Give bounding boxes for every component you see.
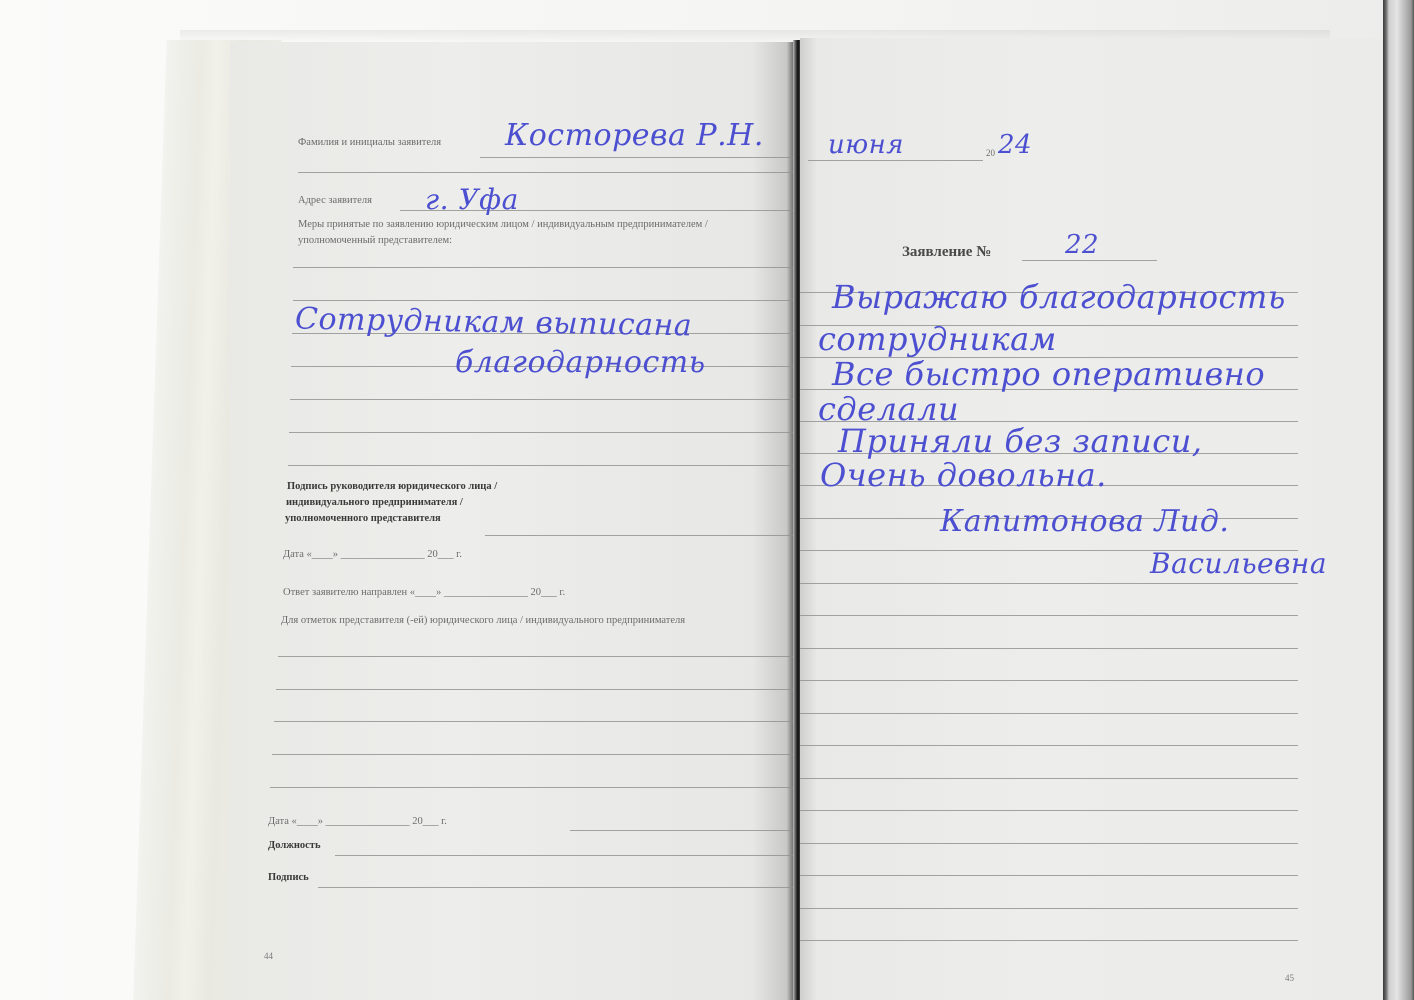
applicant-name-line: [480, 157, 798, 158]
scanner-edge: [1383, 0, 1414, 1000]
applicant-name-value: Косторева Р.Н.: [505, 118, 764, 153]
address-label: Адрес заявителя: [298, 195, 372, 206]
signature-label-1: Подпись руководителя юридического лица /: [287, 481, 497, 492]
ruled-line: [288, 465, 798, 466]
measures-value-1: Сотрудникам выписана: [295, 302, 693, 344]
signature-line: [485, 535, 798, 536]
page-number-left: 44: [264, 951, 273, 961]
applicant-name-label: Фамилия и инициалы заявителя: [298, 137, 441, 148]
ruled-line: [800, 875, 1298, 876]
date-month-line: [808, 160, 983, 161]
statement-label: Заявление №: [902, 244, 991, 261]
ruled-line: [800, 713, 1298, 714]
ruled-line: [800, 583, 1298, 584]
ruled-line: [800, 908, 1298, 909]
ruled-line: [276, 689, 798, 690]
ruled-line: [800, 810, 1298, 811]
notes-label: Для отметок представителя (-ей) юридичес…: [281, 615, 685, 626]
date2-extra-line: [570, 830, 798, 831]
date2-label: Дата «____» ________________ 20___ г.: [268, 816, 447, 827]
sign-line: [318, 887, 798, 888]
date-month-value: июня: [828, 130, 904, 160]
measures-label-1: Меры принятые по заявлению юридическим л…: [298, 219, 708, 230]
ruled-line: [800, 745, 1298, 746]
ruled-line: [272, 754, 798, 755]
ruled-line: [293, 300, 798, 301]
position-label: Должность: [268, 840, 321, 851]
signature-label-2: индивидуального предпринимателя /: [286, 497, 463, 508]
ruled-line: [800, 615, 1298, 616]
text-line-1: Выражаю благодарность: [832, 278, 1286, 316]
sign-label: Подпись: [268, 872, 309, 883]
statement-number: 22: [1065, 230, 1099, 260]
position-line: [335, 855, 798, 856]
date-label: Дата «____» ________________ 20___ г.: [283, 549, 462, 560]
ruled-line: [290, 399, 798, 400]
signature-label-3: уполномоченного представителя: [285, 513, 441, 524]
date-year-value: 24: [998, 130, 1032, 160]
ruled-line: [800, 940, 1298, 941]
ruled-line: [278, 656, 798, 657]
response-label: Ответ заявителю направлен «____» _______…: [283, 587, 565, 598]
text-line-2: сотрудникам: [818, 320, 1057, 358]
page-number-right: 45: [1285, 973, 1294, 983]
ruled-line: [800, 648, 1298, 649]
measures-label-2: уполномоченный представителем:: [298, 235, 452, 246]
applicant-name-line-2: [298, 172, 798, 173]
ruled-line: [800, 680, 1298, 681]
measures-value-2: благодарность: [455, 345, 706, 380]
date-year-prefix: 20: [986, 148, 995, 158]
ruled-line: [800, 843, 1298, 844]
statement-number-line: [1022, 260, 1157, 261]
text-line-3: Все быстро оперативно: [832, 355, 1265, 393]
ruled-line: [274, 721, 798, 722]
signature-patronymic: Васильевна: [1150, 547, 1327, 580]
ruled-line: [800, 778, 1298, 779]
ruled-line: [270, 787, 798, 788]
signature-name: Капитонова Лид.: [940, 504, 1229, 539]
ruled-line: [293, 267, 798, 268]
ruled-line: [289, 432, 798, 433]
address-value: г. Уфа: [425, 183, 519, 216]
text-line-6: Очень довольна.: [820, 456, 1107, 494]
text-line-5: Приняли без записи,: [838, 422, 1202, 460]
